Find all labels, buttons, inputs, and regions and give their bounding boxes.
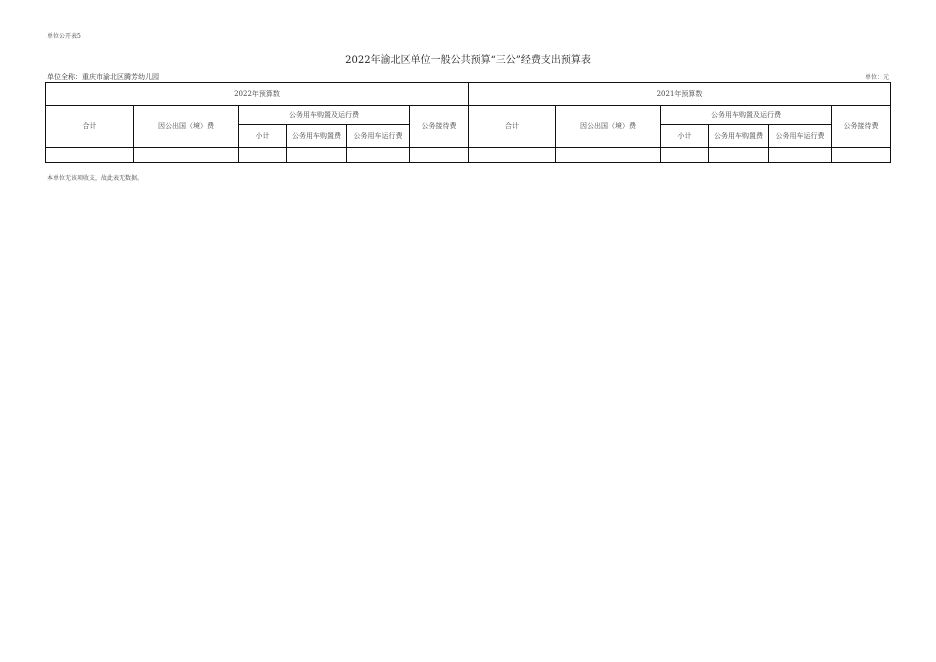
col-total-2022: 合计 xyxy=(46,106,134,148)
col-reception-2022: 公务接待费 xyxy=(410,106,469,148)
cell-vehicle-subtotal-2021 xyxy=(661,148,709,163)
cell-reception-2022 xyxy=(410,148,469,163)
group-header-2021: 2021年预算数 xyxy=(469,83,891,106)
cell-total-2022 xyxy=(46,148,134,163)
cell-vehicle-subtotal-2022 xyxy=(239,148,287,163)
footnote: 本单位无该项收支，故此表无数据。 xyxy=(47,173,143,182)
col-vehicle-subtotal-2021: 小计 xyxy=(661,125,709,148)
table-row xyxy=(46,148,891,163)
currency-unit: 单位：元 xyxy=(865,72,889,81)
cell-overseas-2022 xyxy=(134,148,239,163)
col-vehicle-group-2021: 公务用车购置及运行费 xyxy=(661,106,832,125)
col-vehicle-purchase-2021: 公务用车购置费 xyxy=(709,125,769,148)
cell-vehicle-purchase-2021 xyxy=(709,148,769,163)
unit-name: 单位全称：重庆市渝北区腾芳幼儿园 xyxy=(47,72,159,82)
col-vehicle-operation-2022: 公务用车运行费 xyxy=(347,125,410,148)
budget-table: 2022年预算数 2021年预算数 合计 因公出国（境）费 公务用车购置及运行费… xyxy=(45,82,891,163)
col-overseas-2022: 因公出国（境）费 xyxy=(134,106,239,148)
cell-vehicle-operation-2021 xyxy=(769,148,832,163)
col-vehicle-purchase-2022: 公务用车购置费 xyxy=(287,125,347,148)
cell-total-2021 xyxy=(469,148,556,163)
col-total-2021: 合计 xyxy=(469,106,556,148)
cell-reception-2021 xyxy=(832,148,891,163)
cell-vehicle-operation-2022 xyxy=(347,148,410,163)
group-header-2022: 2022年预算数 xyxy=(46,83,469,106)
cell-vehicle-purchase-2022 xyxy=(287,148,347,163)
col-vehicle-subtotal-2022: 小计 xyxy=(239,125,287,148)
col-vehicle-group-2022: 公务用车购置及运行费 xyxy=(239,106,410,125)
page-title: 2022年渝北区单位一般公共预算“三公”经费支出预算表 xyxy=(0,51,936,66)
cell-overseas-2021 xyxy=(556,148,661,163)
col-vehicle-operation-2021: 公务用车运行费 xyxy=(769,125,832,148)
col-reception-2021: 公务接待费 xyxy=(832,106,891,148)
form-number: 单位公开表5 xyxy=(47,31,81,40)
col-overseas-2021: 因公出国（境）费 xyxy=(556,106,661,148)
